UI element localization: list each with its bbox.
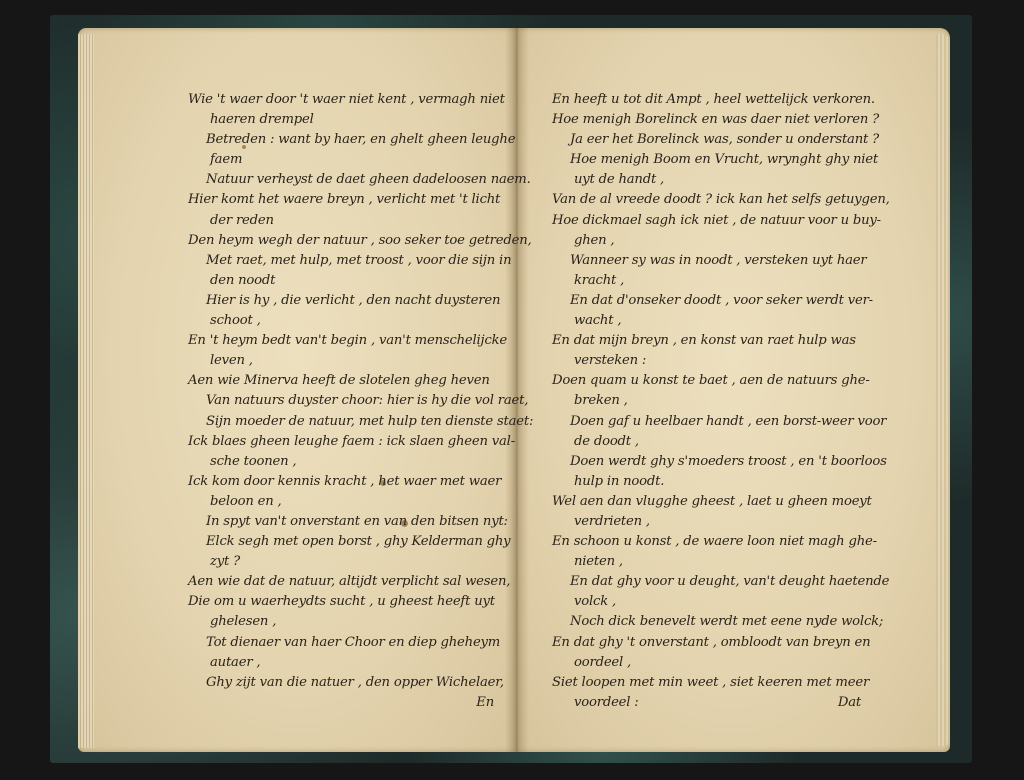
text-line: leven , [188, 351, 500, 371]
text-line: Hoe menigh Boom en Vrucht, wrynght ghy n… [552, 150, 867, 170]
text-line: beloon en , [188, 492, 500, 512]
text-line: versteken : [552, 351, 867, 371]
text-line: autaer , [188, 653, 500, 673]
text-line: uyt de handt , [552, 170, 867, 190]
catchword: Dat [838, 693, 861, 713]
text-line: Ghy zijt van die natuer , den opper Wich… [188, 673, 500, 693]
text-line: hulp in noodt. [552, 472, 867, 492]
text-line: Wie 't waer door 't waer niet kent , ver… [188, 90, 500, 110]
text-line: Ick kom door kennis kracht , het waer me… [188, 472, 500, 492]
text-line: En dat ghy 't onverstant , ombloodt van … [552, 633, 867, 653]
text-line: kracht , [552, 271, 867, 291]
text-line: de doodt , [552, 432, 867, 452]
text-line: Den heym wegh der natuur , soo seker toe… [188, 231, 500, 251]
text-line: Hier komt het waere breyn , verlicht met… [188, 190, 500, 210]
text-line: Doen werdt ghy s'moeders troost , en 't … [552, 452, 867, 472]
text-line: Aen wie Minerva heeft de slotelen gheg h… [188, 371, 500, 391]
text-line: Hoe menigh Borelinck en was daer niet ve… [552, 110, 867, 130]
text-line: Hoe dickmael sagh ick niet , de natuur v… [552, 211, 867, 231]
text-line: ghen , [552, 231, 867, 251]
text-line: den noodt [188, 271, 500, 291]
text-line: En 't heym bedt van't begin , van't mens… [188, 331, 500, 351]
text-line: faem [188, 150, 500, 170]
text-line: En dat d'onseker doodt , voor seker werd… [552, 291, 867, 311]
text-line: In spyt van't onverstant en van den bits… [188, 512, 500, 532]
text-line: En schoon u konst , de waere loon niet m… [552, 532, 867, 552]
text-line: oordeel , [552, 653, 867, 673]
catchword: En [476, 693, 494, 713]
text-line: Doen gaf u heelbaer handt , een borst-we… [552, 412, 867, 432]
text-line: Wanneer sy was in noodt , versteken uyt … [552, 251, 867, 271]
text-line: Die om u waerheydts sucht , u gheest hee… [188, 592, 500, 612]
text-line: Van de al vreede doodt ? ick kan het sel… [552, 190, 867, 210]
text-line: Ick blaes gheen leughe faem : ick slaen … [188, 432, 500, 452]
text-line: Doen quam u konst te baet , aen de natuu… [552, 371, 867, 391]
catchword-line: voordeel :Dat [552, 693, 867, 713]
text-line: haeren drempel [188, 110, 500, 130]
text-line: En dat mijn breyn , en konst van raet hu… [552, 331, 867, 351]
text-line: Ja eer het Borelinck was, sonder u onder… [552, 130, 867, 150]
text-line: breken , [552, 391, 867, 411]
text-line: Natuur verheyst de daet gheen dadeloosen… [188, 170, 500, 190]
text-line: Elck segh met open borst , ghy Kelderman… [188, 532, 500, 552]
text-line: Tot dienaer van haer Choor en diep ghehe… [188, 633, 500, 653]
text-line: Van natuurs duyster choor: hier is hy di… [188, 391, 500, 411]
text-line: verdrieten , [552, 512, 867, 532]
text-line: sche toonen , [188, 452, 500, 472]
text-line: Met raet, met hulp, met troost , voor di… [188, 251, 500, 271]
text-line: En heeft u tot dit Ampt , heel wettelijc… [552, 90, 867, 110]
text-line: der reden [188, 211, 500, 231]
text-line: Sijn moeder de natuur, met hulp ten dien… [188, 412, 500, 432]
text-line: volck , [552, 592, 867, 612]
catchword-line: En [188, 693, 500, 713]
text-line: wacht , [552, 311, 867, 331]
text-line: ghelesen , [188, 612, 500, 632]
text-line: En dat ghy voor u deught, van't deught h… [552, 572, 867, 592]
text-line: zyt ? [188, 552, 500, 572]
text-line: schoot , [188, 311, 500, 331]
text-line: Hier is hy , die verlicht , den nacht du… [188, 291, 500, 311]
text-line: nieten , [552, 552, 867, 572]
text-line: Noch dick benevelt werdt met eene nyde w… [552, 612, 867, 632]
text-line: Siet loopen met min weet , siet keeren m… [552, 673, 867, 693]
left-page-text: Wie 't waer door 't waer niet kent , ver… [188, 90, 500, 713]
text-line: Betreden : want by haer, en ghelt gheen … [188, 130, 500, 150]
text-line: Aen wie dat de natuur, altijdt verplicht… [188, 572, 500, 592]
text-line: Wel aen dan vlugghe gheest , laet u ghee… [552, 492, 867, 512]
right-page-text: En heeft u tot dit Ampt , heel wettelijc… [552, 90, 867, 713]
last-line: voordeel : [552, 695, 639, 710]
